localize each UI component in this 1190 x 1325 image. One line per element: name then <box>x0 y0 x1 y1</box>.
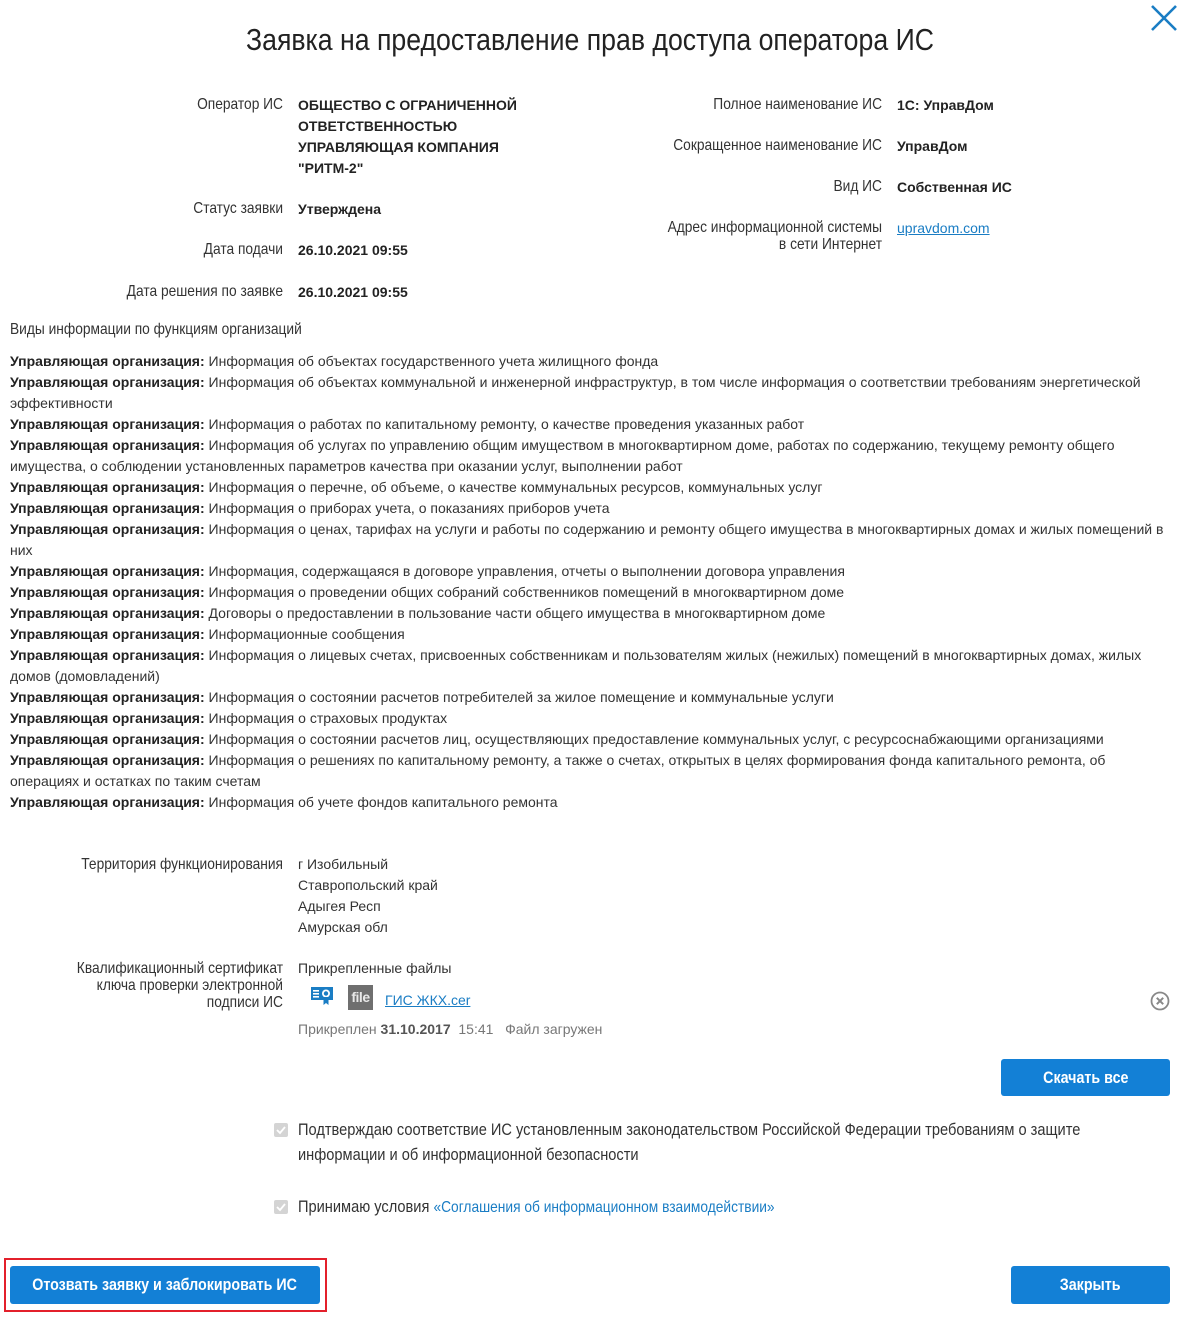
info-text: Информация о перечне, об объеме, о качес… <box>209 479 823 495</box>
info-item: Управляющая организация: Информация об о… <box>10 351 1175 372</box>
info-item: Управляющая организация: Информация об у… <box>10 792 1175 813</box>
address-value: upravdom.com <box>897 218 990 239</box>
territory-item: г Изобильный <box>298 854 438 875</box>
short-name-value: УправДом <box>897 136 967 157</box>
accept-prefix: Принимаю условия <box>298 1197 429 1216</box>
remove-file-icon[interactable] <box>1149 990 1171 1012</box>
attached-status: Файл загружен <box>505 1021 602 1037</box>
info-item: Управляющая организация: Договоры о пред… <box>10 603 1175 624</box>
org-label: Управляющая организация: <box>10 731 205 747</box>
accept-checkbox[interactable] <box>274 1200 288 1214</box>
info-item: Управляющая организация: Информация о пе… <box>10 477 1175 498</box>
info-text: Информация об учете фондов капитального … <box>209 794 558 810</box>
info-item: Управляющая организация: Информация о со… <box>10 687 1175 708</box>
confirm-text-line: Подтверждаю соответствие ИС установленны… <box>298 1117 1158 1142</box>
status-label: Статус заявки <box>91 200 283 217</box>
operator-line: ОТВЕТСТВЕННОСТЬЮ <box>298 116 517 137</box>
info-item: Управляющая организация: Информация о пр… <box>10 498 1175 519</box>
org-label: Управляющая организация: <box>10 500 205 516</box>
info-item: Управляющая организация: Информация об о… <box>10 372 1175 414</box>
attached-time: 15:41 <box>458 1021 493 1037</box>
info-item: Управляющая организация: Информация о ли… <box>10 645 1175 687</box>
info-item: Управляющая организация: Информация о ст… <box>10 708 1175 729</box>
info-item: Управляющая организация: Информация о це… <box>10 519 1175 561</box>
info-text: Договоры о предоставлении в пользование … <box>209 605 826 621</box>
revoke-button[interactable]: Отозвать заявку и заблокировать ИС <box>10 1266 320 1304</box>
confirm-text-line: информации и об информационной безопасно… <box>298 1142 1158 1167</box>
file-link[interactable]: ГИС ЖКХ.cer <box>385 992 470 1008</box>
info-item: Управляющая организация: Информация о со… <box>10 729 1175 750</box>
territory-list: г Изобильный Ставропольский край Адыгея … <box>298 854 438 938</box>
file-type-icon: file <box>348 985 373 1010</box>
short-name-label: Сокращенное наименование ИС <box>622 137 882 154</box>
org-label: Управляющая организация: <box>10 521 205 537</box>
info-text: Информация об объектах государственного … <box>209 353 659 369</box>
confirm-text: Подтверждаю соответствие ИС установленны… <box>298 1117 1158 1167</box>
org-label: Управляющая организация: <box>10 605 205 621</box>
address-link[interactable]: upravdom.com <box>897 220 990 236</box>
operator-line: "РИТМ-2" <box>298 158 517 179</box>
is-type-value: Собственная ИС <box>897 177 1012 198</box>
info-text: Информация о состоянии расчетов потребит… <box>209 689 834 705</box>
territory-label: Территория функционирования <box>65 856 283 873</box>
is-type-label: Вид ИС <box>622 178 882 195</box>
full-name-label: Полное наименование ИС <box>622 96 882 113</box>
org-label: Управляющая организация: <box>10 374 205 390</box>
close-label: Закрыть <box>1060 1275 1121 1295</box>
certificate-label-line: ключа проверки электронной <box>57 977 283 994</box>
territory-item: Адыгея Респ <box>298 896 438 917</box>
operator-value: ОБЩЕСТВО С ОГРАНИЧЕННОЙ ОТВЕТСТВЕННОСТЬЮ… <box>298 95 517 179</box>
info-item: Управляющая организация: Информация о ре… <box>10 750 1175 792</box>
download-all-label: Скачать все <box>1043 1068 1128 1088</box>
confirm-checkbox[interactable] <box>274 1123 288 1137</box>
accept-text: Принимаю условия «Соглашения об информац… <box>298 1194 986 1220</box>
org-label: Управляющая организация: <box>10 794 205 810</box>
revoke-label: Отозвать заявку и заблокировать ИС <box>33 1275 298 1295</box>
org-label: Управляющая организация: <box>10 626 205 642</box>
operator-line: УПРАВЛЯЮЩАЯ КОМПАНИЯ <box>298 137 517 158</box>
org-label: Управляющая организация: <box>10 689 205 705</box>
address-label: Адрес информационной системы в сети Инте… <box>622 219 882 253</box>
org-label: Управляющая организация: <box>10 752 205 768</box>
info-item: Управляющая организация: Информация, сод… <box>10 561 1175 582</box>
download-all-button[interactable]: Скачать все <box>1001 1059 1170 1096</box>
org-label: Управляющая организация: <box>10 437 205 453</box>
org-label: Управляющая организация: <box>10 584 205 600</box>
org-label: Управляющая организация: <box>10 353 205 369</box>
info-text: Информационные сообщения <box>209 626 405 642</box>
certificate-label-line: подписи ИС <box>57 994 283 1011</box>
info-text: Информация о работах по капитальному рем… <box>209 416 805 432</box>
address-label-line: Адрес информационной системы <box>622 219 882 236</box>
info-list: Управляющая организация: Информация об о… <box>10 351 1175 813</box>
info-text: Информация о проведении общих собраний с… <box>209 584 845 600</box>
certificate-label-line: Квалификационный сертификат <box>57 960 283 977</box>
certificate-icon <box>311 985 333 1007</box>
attached-files-title: Прикрепленные файлы <box>298 958 451 979</box>
info-item: Управляющая организация: Информационные … <box>10 624 1175 645</box>
full-name-value: 1С: УправДом <box>897 95 994 116</box>
agreement-link[interactable]: «Соглашения об информационном взаимодейс… <box>433 1199 774 1216</box>
close-button[interactable]: Закрыть <box>1011 1266 1170 1304</box>
close-icon[interactable] <box>1148 2 1180 34</box>
attached-date: 31.10.2017 <box>381 1021 451 1037</box>
submit-date-label: Дата подачи <box>91 241 283 258</box>
info-section-title: Виды информации по функциям организаций <box>10 321 302 339</box>
info-text: Информация, содержащаяся в договоре упра… <box>209 563 845 579</box>
dialog-title: Заявка на предоставление прав доступа оп… <box>83 22 1098 58</box>
info-text: Информация о приборах учета, о показания… <box>209 500 610 516</box>
operator-label: Оператор ИС <box>91 96 283 113</box>
org-label: Управляющая организация: <box>10 479 205 495</box>
info-item: Управляющая организация: Информация о ра… <box>10 414 1175 435</box>
info-item: Управляющая организация: Информация об у… <box>10 435 1175 477</box>
info-item: Управляющая организация: Информация о пр… <box>10 582 1175 603</box>
org-label: Управляющая организация: <box>10 710 205 726</box>
certificate-label: Квалификационный сертификат ключа провер… <box>57 960 283 1011</box>
org-label: Управляющая организация: <box>10 647 205 663</box>
operator-line: ОБЩЕСТВО С ОГРАНИЧЕННОЙ <box>298 95 517 116</box>
territory-item: Ставропольский край <box>298 875 438 896</box>
info-text: Информация о состоянии расчетов лиц, осу… <box>209 731 1104 747</box>
info-text: Информация о страховых продуктах <box>209 710 448 726</box>
submit-date-value: 26.10.2021 09:55 <box>298 240 408 261</box>
status-value: Утверждена <box>298 199 381 220</box>
org-label: Управляющая организация: <box>10 563 205 579</box>
territory-item: Амурская обл <box>298 917 438 938</box>
attached-prefix: Прикреплен <box>298 1021 377 1037</box>
org-label: Управляющая организация: <box>10 416 205 432</box>
attachment-meta: Прикреплен 31.10.2017 15:41 Файл загруже… <box>298 1019 602 1040</box>
address-label-line: в сети Интернет <box>622 236 882 253</box>
decision-date-label: Дата решения по заявке <box>91 283 283 300</box>
decision-date-value: 26.10.2021 09:55 <box>298 282 408 303</box>
